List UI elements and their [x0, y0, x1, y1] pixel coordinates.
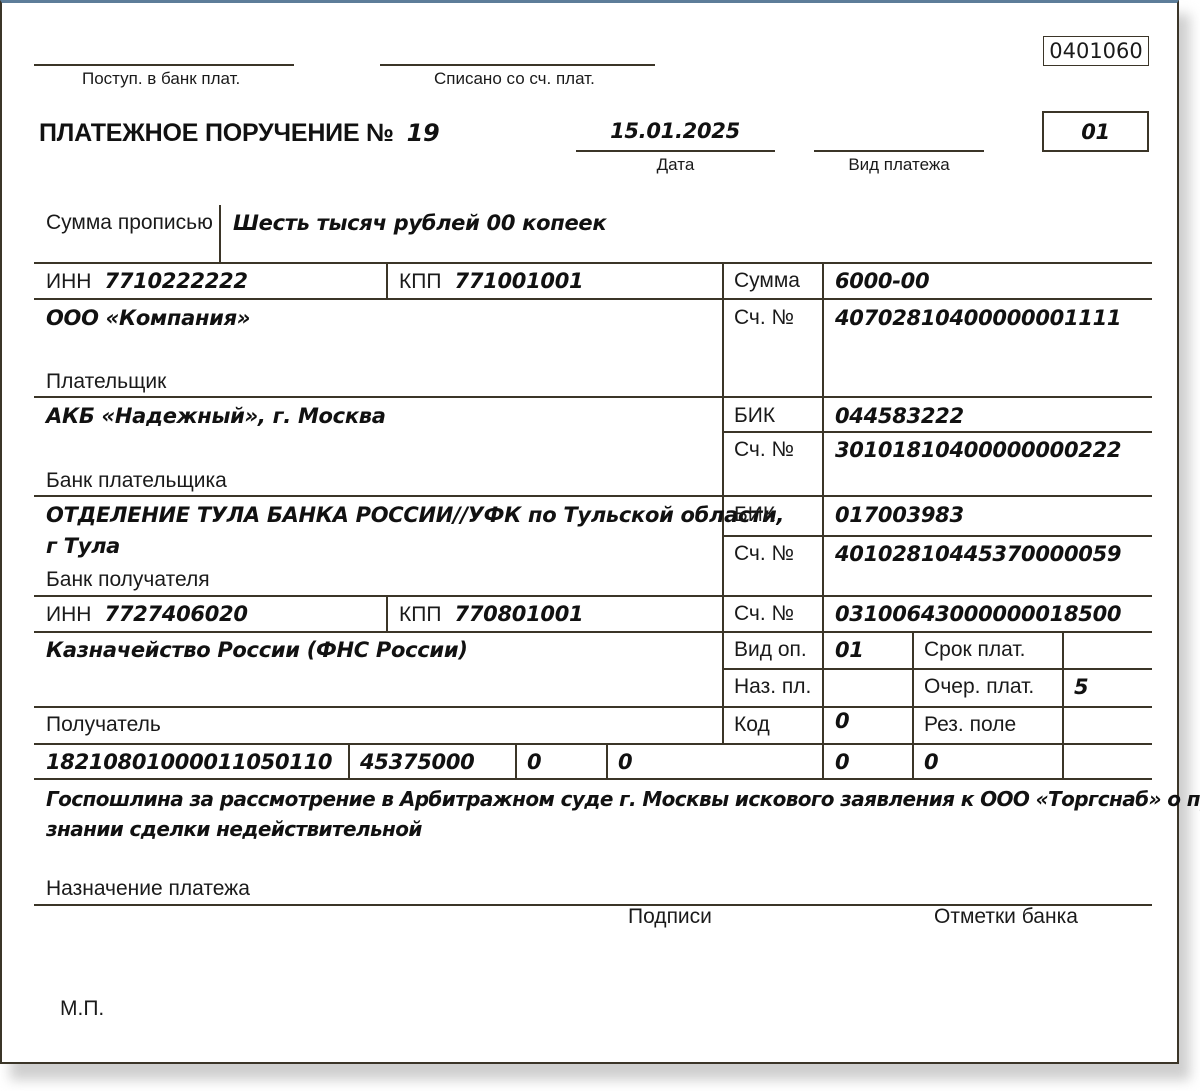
payment-order-form: Поступ. в банк плат. Списано со сч. плат… — [0, 0, 1179, 1064]
tax-field-oktmo[interactable]: 45375000 — [360, 750, 475, 774]
grid-line — [34, 262, 1152, 264]
payee-bank-name-line2[interactable]: г Тула — [46, 534, 120, 558]
grid-line — [722, 668, 1152, 670]
grid-line — [34, 396, 1152, 398]
payee-kpp-value[interactable]: 770801001 — [455, 602, 584, 626]
payer-bank-bik-value[interactable]: 044583222 — [835, 404, 964, 428]
received-line — [34, 64, 294, 66]
tax-field-doc-number[interactable]: 0 — [835, 750, 849, 774]
payer-bank-name[interactable]: АКБ «Надежный», г. Москва — [46, 404, 386, 428]
grid-line-v — [1062, 631, 1064, 779]
payee-role-label: Получатель — [46, 713, 161, 737]
payer-account-label: Сч. № — [734, 306, 794, 330]
date-label: Дата — [576, 155, 775, 175]
code-value[interactable]: 0 — [835, 709, 849, 733]
payer-bank-bik-label: БИК — [734, 404, 775, 428]
payee-kpp: КПП 770801001 — [399, 602, 583, 627]
grid-line-v — [606, 743, 608, 779]
payee-inn-value[interactable]: 7727406020 — [105, 602, 248, 626]
op-type-label: Вид оп. — [734, 638, 807, 662]
title-text: ПЛАТЕЖНОЕ ПОРУЧЕНИЕ № — [39, 119, 394, 147]
payer-role-label: Плательщик — [46, 370, 166, 394]
payee-bank-bik-value[interactable]: 017003983 — [835, 503, 964, 527]
signatures-label: Подписи — [628, 905, 712, 929]
payer-kpp-value[interactable]: 771001001 — [455, 269, 584, 293]
tax-field-kbk[interactable]: 18210801000011050110 — [46, 750, 332, 774]
amount-words-label: Сумма прописью — [46, 211, 213, 235]
grid-line-v — [348, 743, 350, 779]
op-type-value[interactable]: 01 — [835, 638, 864, 662]
priority-label: Очер. плат. — [924, 675, 1034, 699]
payee-account-label: Сч. № — [734, 602, 794, 626]
amount-words-divider — [219, 205, 221, 262]
form-code: 0401060 — [1049, 39, 1143, 63]
reserve-label: Рез. поле — [924, 713, 1016, 737]
payer-kpp: КПП 771001001 — [399, 269, 583, 294]
payer-bank-role-label: Банк плательщика — [46, 469, 227, 493]
due-label: Срок плат. — [924, 638, 1026, 662]
status-box: 01 — [1042, 111, 1149, 152]
payer-inn-label: ИНН — [46, 270, 91, 293]
date-value[interactable]: 15.01.2025 — [576, 119, 774, 143]
payee-kpp-label: КПП — [399, 603, 441, 626]
payee-bank-account-label: Сч. № — [734, 542, 794, 566]
tax-field-basis[interactable]: 0 — [527, 750, 541, 774]
grid-line-v — [822, 262, 824, 779]
payee-bank-account-value[interactable]: 40102810445370000059 — [835, 542, 1121, 566]
grid-line — [34, 495, 1152, 497]
grid-line — [722, 535, 1152, 537]
payer-account-value[interactable]: 40702810400000001111 — [835, 306, 1121, 330]
received-label: Поступ. в банк плат. — [82, 69, 240, 89]
payer-bank-account-value[interactable]: 30101810400000000222 — [835, 438, 1121, 462]
grid-line-v — [386, 595, 388, 632]
tax-field-period[interactable]: 0 — [618, 750, 632, 774]
grid-line-v — [912, 631, 914, 779]
payment-type-label: Вид платежа — [814, 155, 984, 175]
stamp-label: М.П. — [60, 997, 104, 1021]
grid-line — [34, 743, 1152, 745]
page-title: ПЛАТЕЖНОЕ ПОРУЧЕНИЕ № 19 — [39, 119, 439, 148]
amount-label: Сумма — [734, 269, 800, 293]
grid-line — [34, 631, 1152, 633]
grid-line — [34, 778, 1152, 780]
payee-bank-bik-label: БИК — [734, 503, 775, 527]
payer-bank-account-label: Сч. № — [734, 438, 794, 462]
payer-inn: ИНН 7710222222 — [46, 269, 248, 294]
grid-line — [34, 706, 1152, 708]
priority-value[interactable]: 5 — [1074, 675, 1088, 699]
purpose-line1[interactable]: Госпошлина за рассмотрение в Арбитражном… — [46, 787, 1200, 811]
date-line — [576, 150, 775, 152]
code-label: Код — [734, 713, 770, 737]
debited-line — [380, 64, 655, 66]
payee-account-value[interactable]: 03100643000000018500 — [835, 602, 1121, 626]
grid-line-v — [386, 262, 388, 299]
payer-name[interactable]: ООО «Компания» — [46, 306, 250, 330]
payee-bank-role-label: Банк получателя — [46, 568, 210, 592]
bank-marks-label: Отметки банка — [934, 905, 1078, 929]
purpose-line2[interactable]: знании сделки недействительной — [46, 817, 422, 841]
payee-inn-label: ИНН — [46, 603, 91, 626]
grid-line — [722, 431, 1152, 433]
payer-inn-value[interactable]: 7710222222 — [105, 269, 248, 293]
grid-line — [34, 298, 1152, 300]
amount-value[interactable]: 6000-00 — [835, 269, 929, 293]
payee-name[interactable]: Казначейство России (ФНС России) — [46, 638, 468, 662]
tax-field-doc-date[interactable]: 0 — [924, 750, 938, 774]
payer-kpp-label: КПП — [399, 270, 441, 293]
grid-line — [34, 595, 1152, 597]
form-code-box: 0401060 — [1043, 36, 1149, 66]
payment-type-line — [814, 150, 984, 152]
purpose-label: Назначение платежа — [46, 877, 250, 901]
status-code[interactable]: 01 — [1081, 120, 1110, 144]
payee-inn: ИНН 7727406020 — [46, 602, 248, 627]
payee-bank-name-line1[interactable]: ОТДЕЛЕНИЕ ТУЛА БАНКА РОССИИ//УФК по Туль… — [46, 503, 784, 527]
order-number: 19 — [407, 119, 440, 147]
debited-label: Списано со сч. плат. — [434, 69, 595, 89]
amount-words-value[interactable]: Шесть тысяч рублей 00 копеек — [233, 211, 606, 235]
purpose-code-label: Наз. пл. — [734, 675, 811, 699]
grid-line-v — [515, 743, 517, 779]
